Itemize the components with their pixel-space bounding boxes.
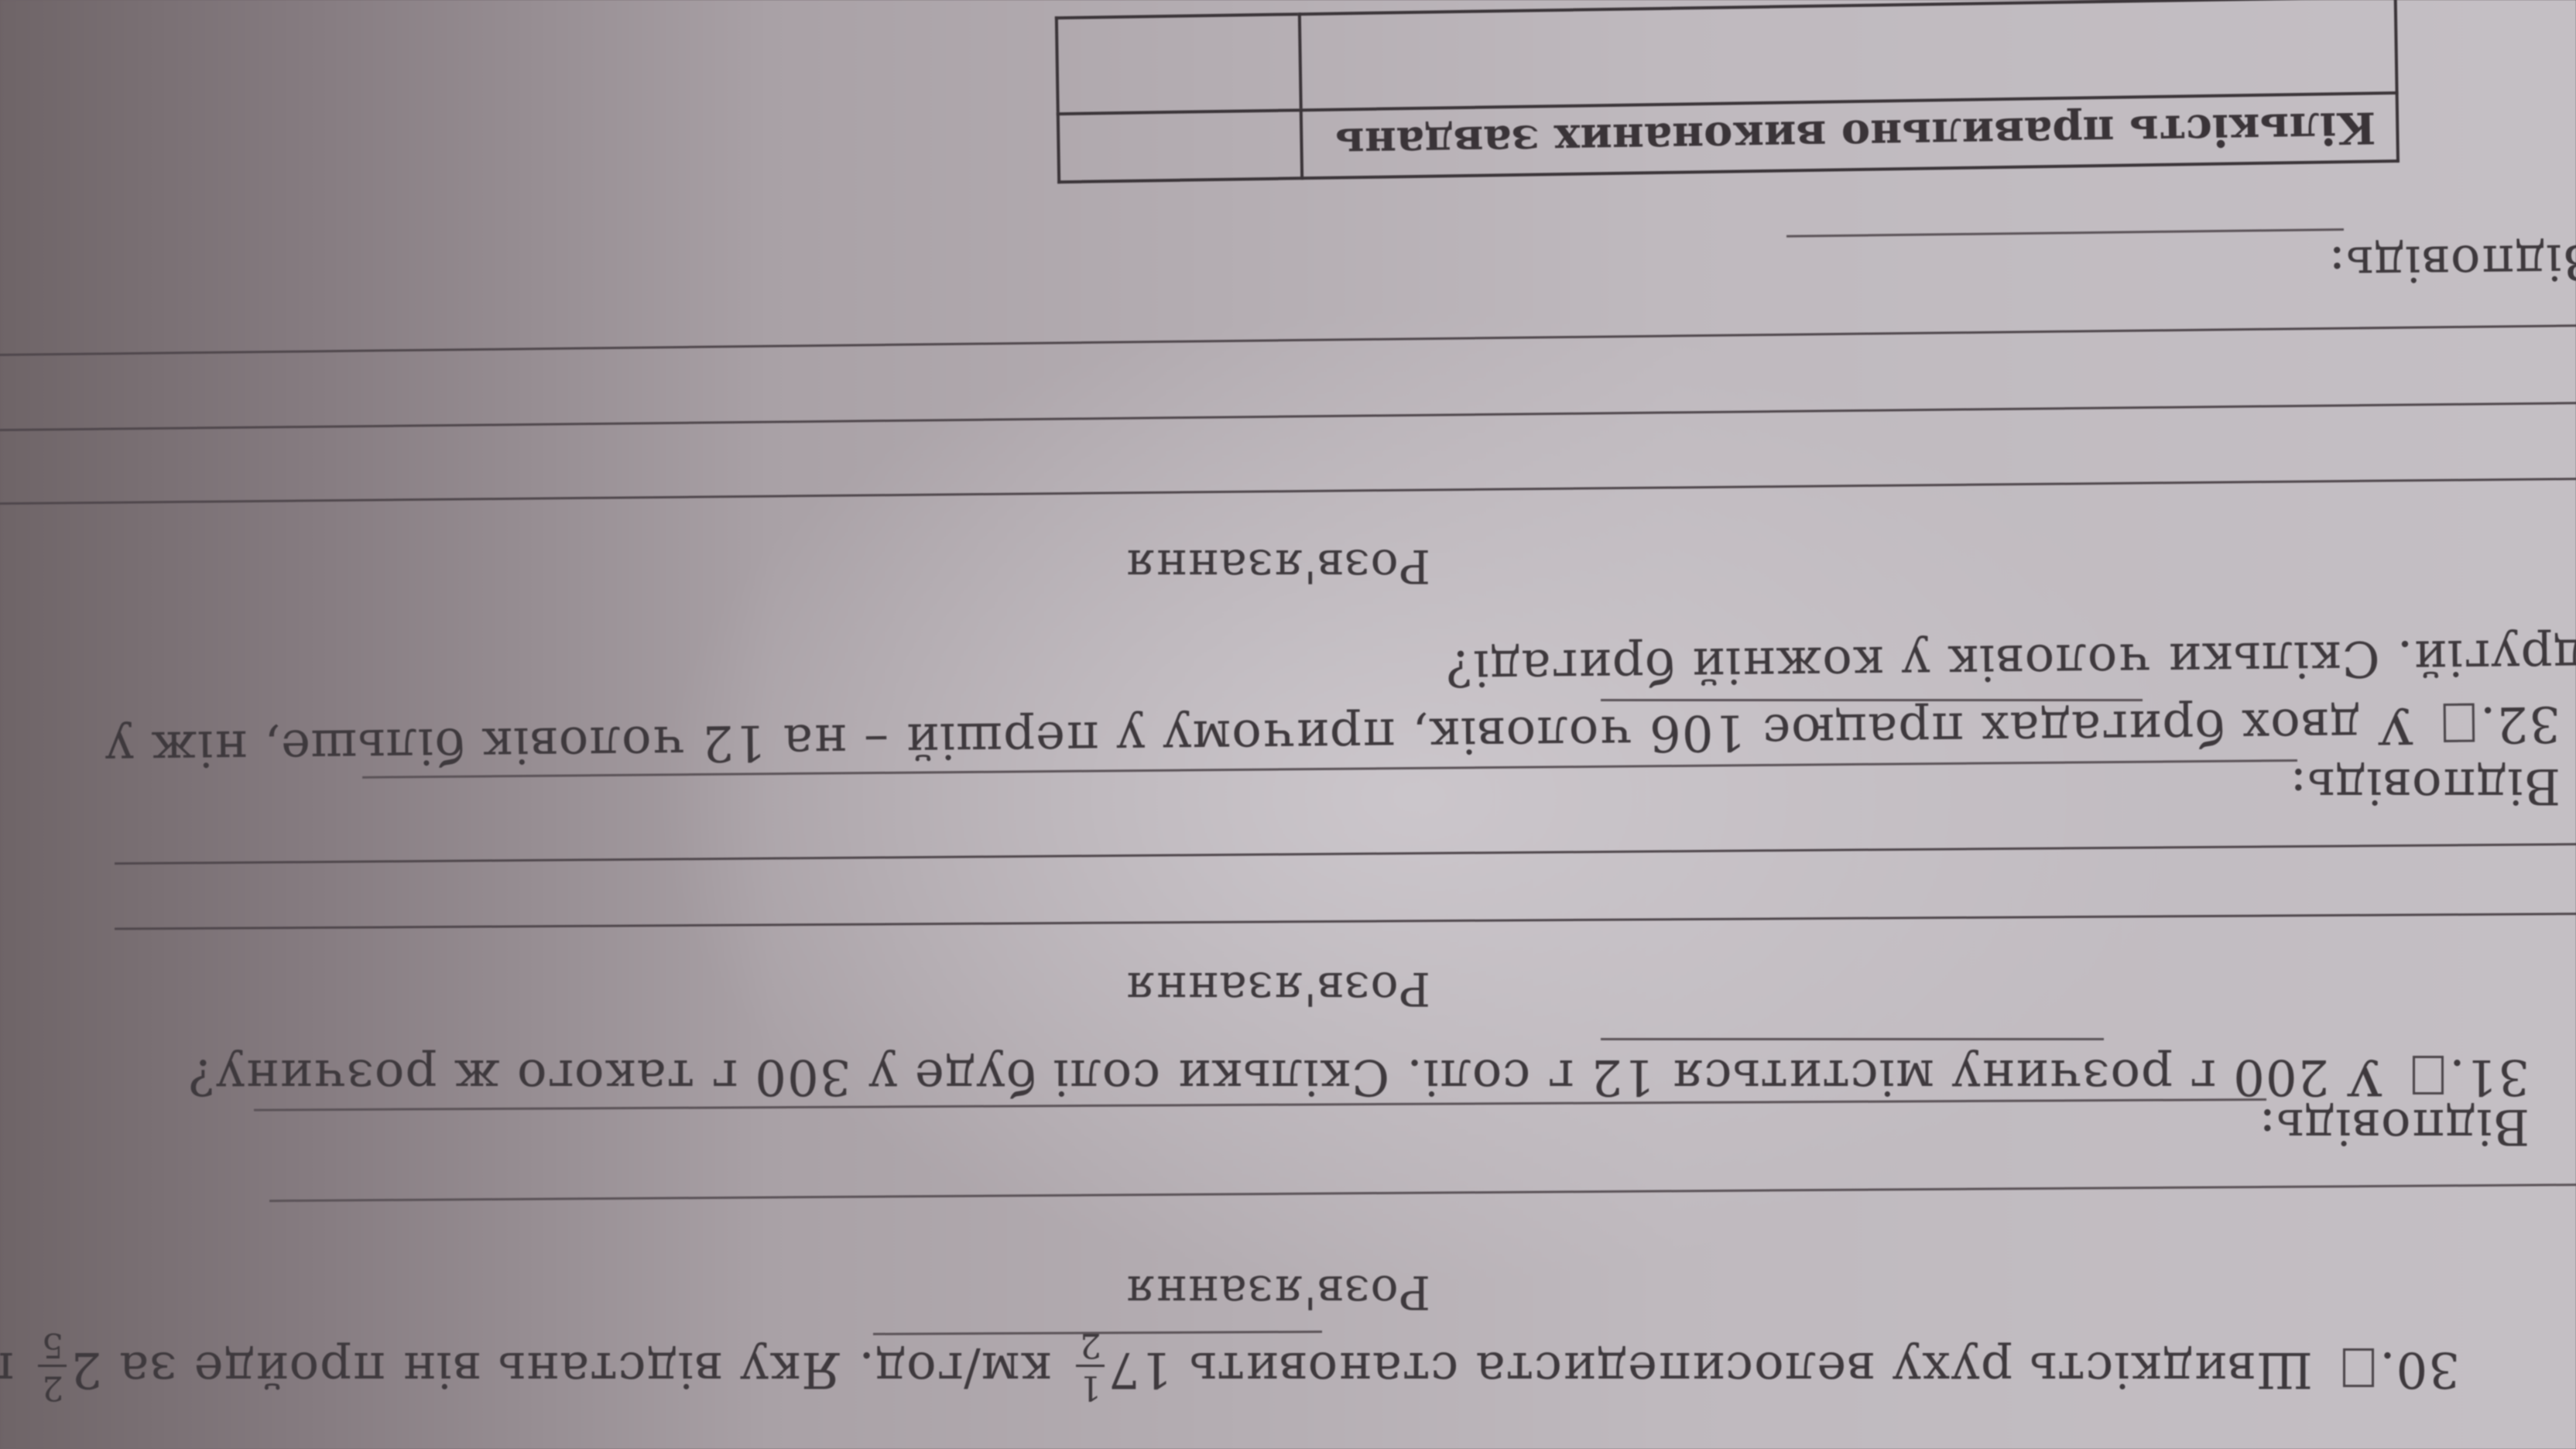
problem-32-line1: 32. У двох бригадах працює 106 чоловік, …	[104, 694, 2561, 777]
speed-fraction: 12	[1076, 1327, 1105, 1404]
checkbox[interactable]	[2444, 704, 2475, 742]
table-cell	[1300, 0, 2397, 110]
score-table: Кількість правильно виконаних завдань	[1055, 0, 2400, 183]
writing-line	[0, 402, 2576, 432]
writing-line	[0, 324, 2576, 357]
solution-label: Розв'язання	[1125, 1265, 1430, 1319]
problem-text: У 200 г розчину міститься 12 г солі. Скі…	[187, 1048, 2382, 1105]
final-answer-line	[1786, 228, 2344, 238]
score-input-cell[interactable]	[1058, 110, 1302, 182]
writing-line	[115, 913, 2576, 930]
speed-whole: 17	[1108, 1341, 1172, 1398]
time-whole: 2	[70, 1341, 102, 1398]
problem-text: Швидкість руху велосипедиста становить	[1189, 1341, 2313, 1398]
problem-number: 30.	[2379, 1341, 2460, 1398]
solution-label: Розв'язання	[1125, 539, 1430, 593]
worksheet-page: 30. Швидкість руху велосипедиста станови…	[0, 0, 2576, 1449]
problem-31: 31. У 200 г розчину міститься 12 г солі.…	[187, 1048, 2530, 1105]
answer-label: Відповідь:	[2290, 757, 2561, 814]
checkbox[interactable]	[2413, 1056, 2444, 1094]
problem-text: км/год. Яку відстань він пройде за	[118, 1341, 1051, 1398]
writing-line	[115, 843, 2576, 865]
solution-label: Розв'язання	[1125, 961, 1430, 1016]
problem-30: 30. Швидкість руху велосипедиста станови…	[0, 1327, 2460, 1404]
table-cell	[1057, 14, 1301, 114]
checkbox[interactable]	[2343, 1348, 2374, 1387]
writing-line	[0, 478, 2576, 505]
problem-text: год?	[0, 1341, 14, 1398]
final-answer-label: Відповідь:	[2328, 232, 2576, 293]
underline	[1601, 1038, 2104, 1040]
time-fraction: 25	[38, 1327, 67, 1404]
underline	[1601, 699, 2143, 701]
problem-32-line2: другій. Скільки чоловік у кожній бригаді…	[1445, 627, 2576, 696]
problem-number: 32.	[2479, 694, 2561, 752]
answer-label: Відповідь:	[2259, 1098, 2530, 1155]
problem-text: У двох бригадах працює 106 чоловік, прич…	[104, 696, 2413, 777]
problem-number: 31.	[2448, 1048, 2530, 1105]
writing-line	[269, 1184, 2576, 1202]
